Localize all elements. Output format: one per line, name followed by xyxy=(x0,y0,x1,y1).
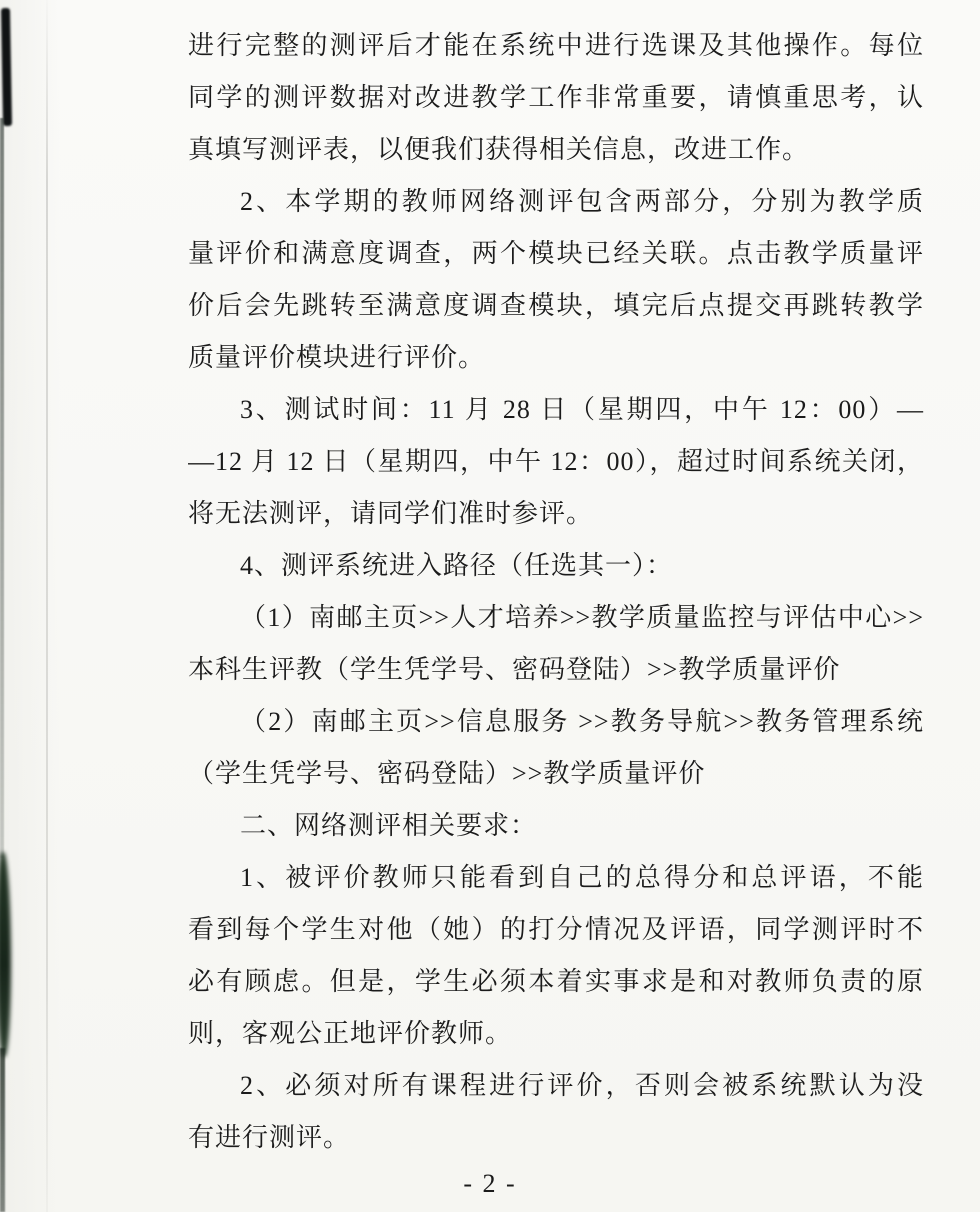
text-line: 进行完整的测评后才能在系统中进行选课及其他操作。每位 xyxy=(188,20,924,72)
text-line: 真填写测评表，以便我们获得相关信息，改进工作。 xyxy=(188,124,924,176)
text-line: 2、必须对所有课程进行评价，否则会被系统默认为没 xyxy=(188,1060,924,1112)
page-number: - 2 - xyxy=(0,1164,980,1212)
text-line: 本科生评教（学生凭学号、密码登陆）>>教学质量评价 xyxy=(188,644,924,696)
text-line: 则，客观公正地评价教师。 xyxy=(188,1008,924,1060)
text-line: （2）南邮主页>>信息服务 >>教务导航>>教务管理系统 xyxy=(188,696,924,748)
text-line: 3、测试时间：11 月 28 日（星期四，中午 12：00）— xyxy=(188,384,924,436)
text-line: 4、测评系统进入路径（任选其一）： xyxy=(188,540,924,592)
text-line: 同学的测评数据对改进教学工作非常重要，请慎重思考，认 xyxy=(188,72,924,124)
text-line: 价后会先跳转至满意度调查模块，填完后点提交再跳转教学 xyxy=(188,280,924,332)
page-edge-shadow xyxy=(46,0,48,1212)
text-line: 量评价和满意度调查，两个模块已经关联。点击教学质量评 xyxy=(188,228,924,280)
scan-edge-artifact-strip xyxy=(0,118,4,858)
text-line: 质量评价模块进行评价。 xyxy=(188,332,924,384)
text-line: （学生凭学号、密码登陆）>>教学质量评价 xyxy=(188,748,924,800)
text-line: 将无法测评，请同学们准时参评。 xyxy=(188,488,924,540)
document-page: 进行完整的测评后才能在系统中进行选课及其他操作。每位 同学的测评数据对改进教学工… xyxy=(188,20,924,1164)
text-line: 2、本学期的教师网络测评包含两部分，分别为教学质 xyxy=(188,176,924,228)
text-line: 二、网络测评相关要求： xyxy=(188,800,924,852)
text-line: 看到每个学生对他（她）的打分情况及评语，同学测评时不 xyxy=(188,904,924,956)
text-line: 有进行测评。 xyxy=(188,1112,924,1164)
text-line: 必有顾虑。但是，学生必须本着实事求是和对教师负责的原 xyxy=(188,956,924,1008)
text-line: —12 月 12 日（星期四，中午 12：00），超过时间系统关闭， xyxy=(188,436,924,488)
text-line: 1、被评价教师只能看到自己的总得分和总评语，不能 xyxy=(188,852,924,904)
text-line: （1）南邮主页>>人才培养>>教学质量监控与评估中心>> xyxy=(188,592,924,644)
